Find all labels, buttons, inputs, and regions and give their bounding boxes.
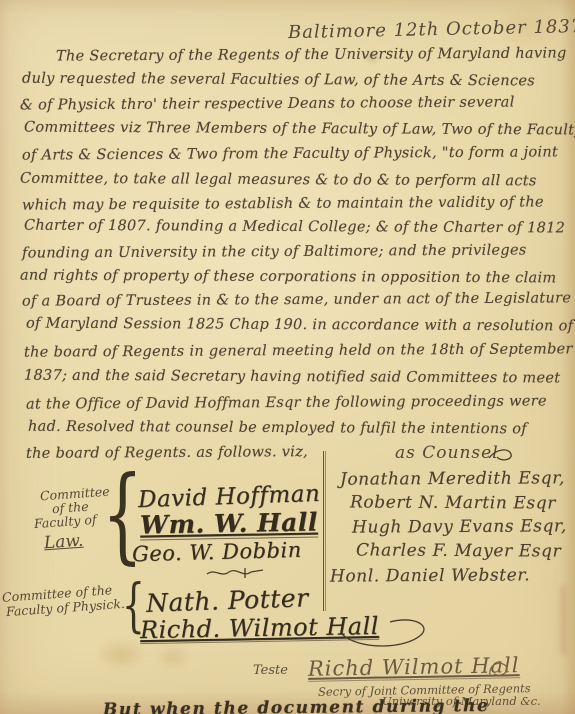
body-line: of Arts & Sciences & Two from the Facult… xyxy=(22,145,558,164)
teste-label: Teste xyxy=(253,664,288,678)
body-line: the board of Regents in general meeting … xyxy=(24,342,573,361)
law-committee-label: Faculty of xyxy=(34,513,97,531)
body-line: duly requested the several Faculties of … xyxy=(22,72,535,91)
signature-nath-potter: Nath. Potter xyxy=(146,584,309,617)
paper-stain xyxy=(100,641,142,667)
paper-stain xyxy=(158,646,188,668)
body-line: and rights of property of these corporat… xyxy=(20,269,557,288)
bottom-cutoff-text: But when the document during the xyxy=(103,697,490,714)
body-line: which may be requisite to establish & to… xyxy=(22,195,544,214)
body-line: The Secretary of the Regents of the Univ… xyxy=(56,46,567,65)
manuscript-page: Baltimore 12th October 1837. The Secreta… xyxy=(0,0,575,714)
counsel-name: Jonathan Meredith Esqr, xyxy=(340,469,565,489)
pen-flourish-icon xyxy=(205,566,265,580)
body-line: of a Board of Trustees in & to the same,… xyxy=(22,291,571,310)
body-line: Committee, to take all legal measures & … xyxy=(20,172,537,191)
pen-flourish-icon xyxy=(487,446,515,464)
signature-swash-icon xyxy=(340,612,430,652)
column-divider xyxy=(323,451,326,611)
body-line: at the Office of David Hoffman Esqr the … xyxy=(26,394,547,413)
counsel-name: Honl. Daniel Webster. xyxy=(330,566,530,586)
signature-wm-w-hall: Wm. W. Hall xyxy=(140,508,318,540)
edge-crease xyxy=(560,585,566,655)
body-line: Charter of 1807. founding a Medical Coll… xyxy=(24,219,565,238)
body-line: Committees viz Three Members of the Facu… xyxy=(24,121,575,140)
body-line: of Maryland Session 1825 Chap 190. in ac… xyxy=(26,317,573,336)
counsel-name: Charles F. Mayer Esqr xyxy=(356,541,561,561)
law-committee-label: Law. xyxy=(43,532,84,553)
body-line: the board of Regents. as follows. viz, xyxy=(26,445,308,463)
counsel-name: Hugh Davy Evans Esqr, xyxy=(352,517,567,537)
signature-swash-icon xyxy=(486,658,512,680)
counsel-name: Robert N. Martin Esqr xyxy=(350,493,556,513)
body-line: founding an University in the city of Ba… xyxy=(22,243,527,262)
body-line: 1837; and the said Secretary having noti… xyxy=(24,369,560,388)
counsel-heading: as Counsel xyxy=(395,444,499,463)
signature-geo-w-dobbin: Geo. W. Dobbin xyxy=(132,539,302,567)
body-line: & of Physick thro' their respective Dean… xyxy=(20,95,515,114)
body-line: had. Resolved that counsel be employed t… xyxy=(28,420,527,439)
